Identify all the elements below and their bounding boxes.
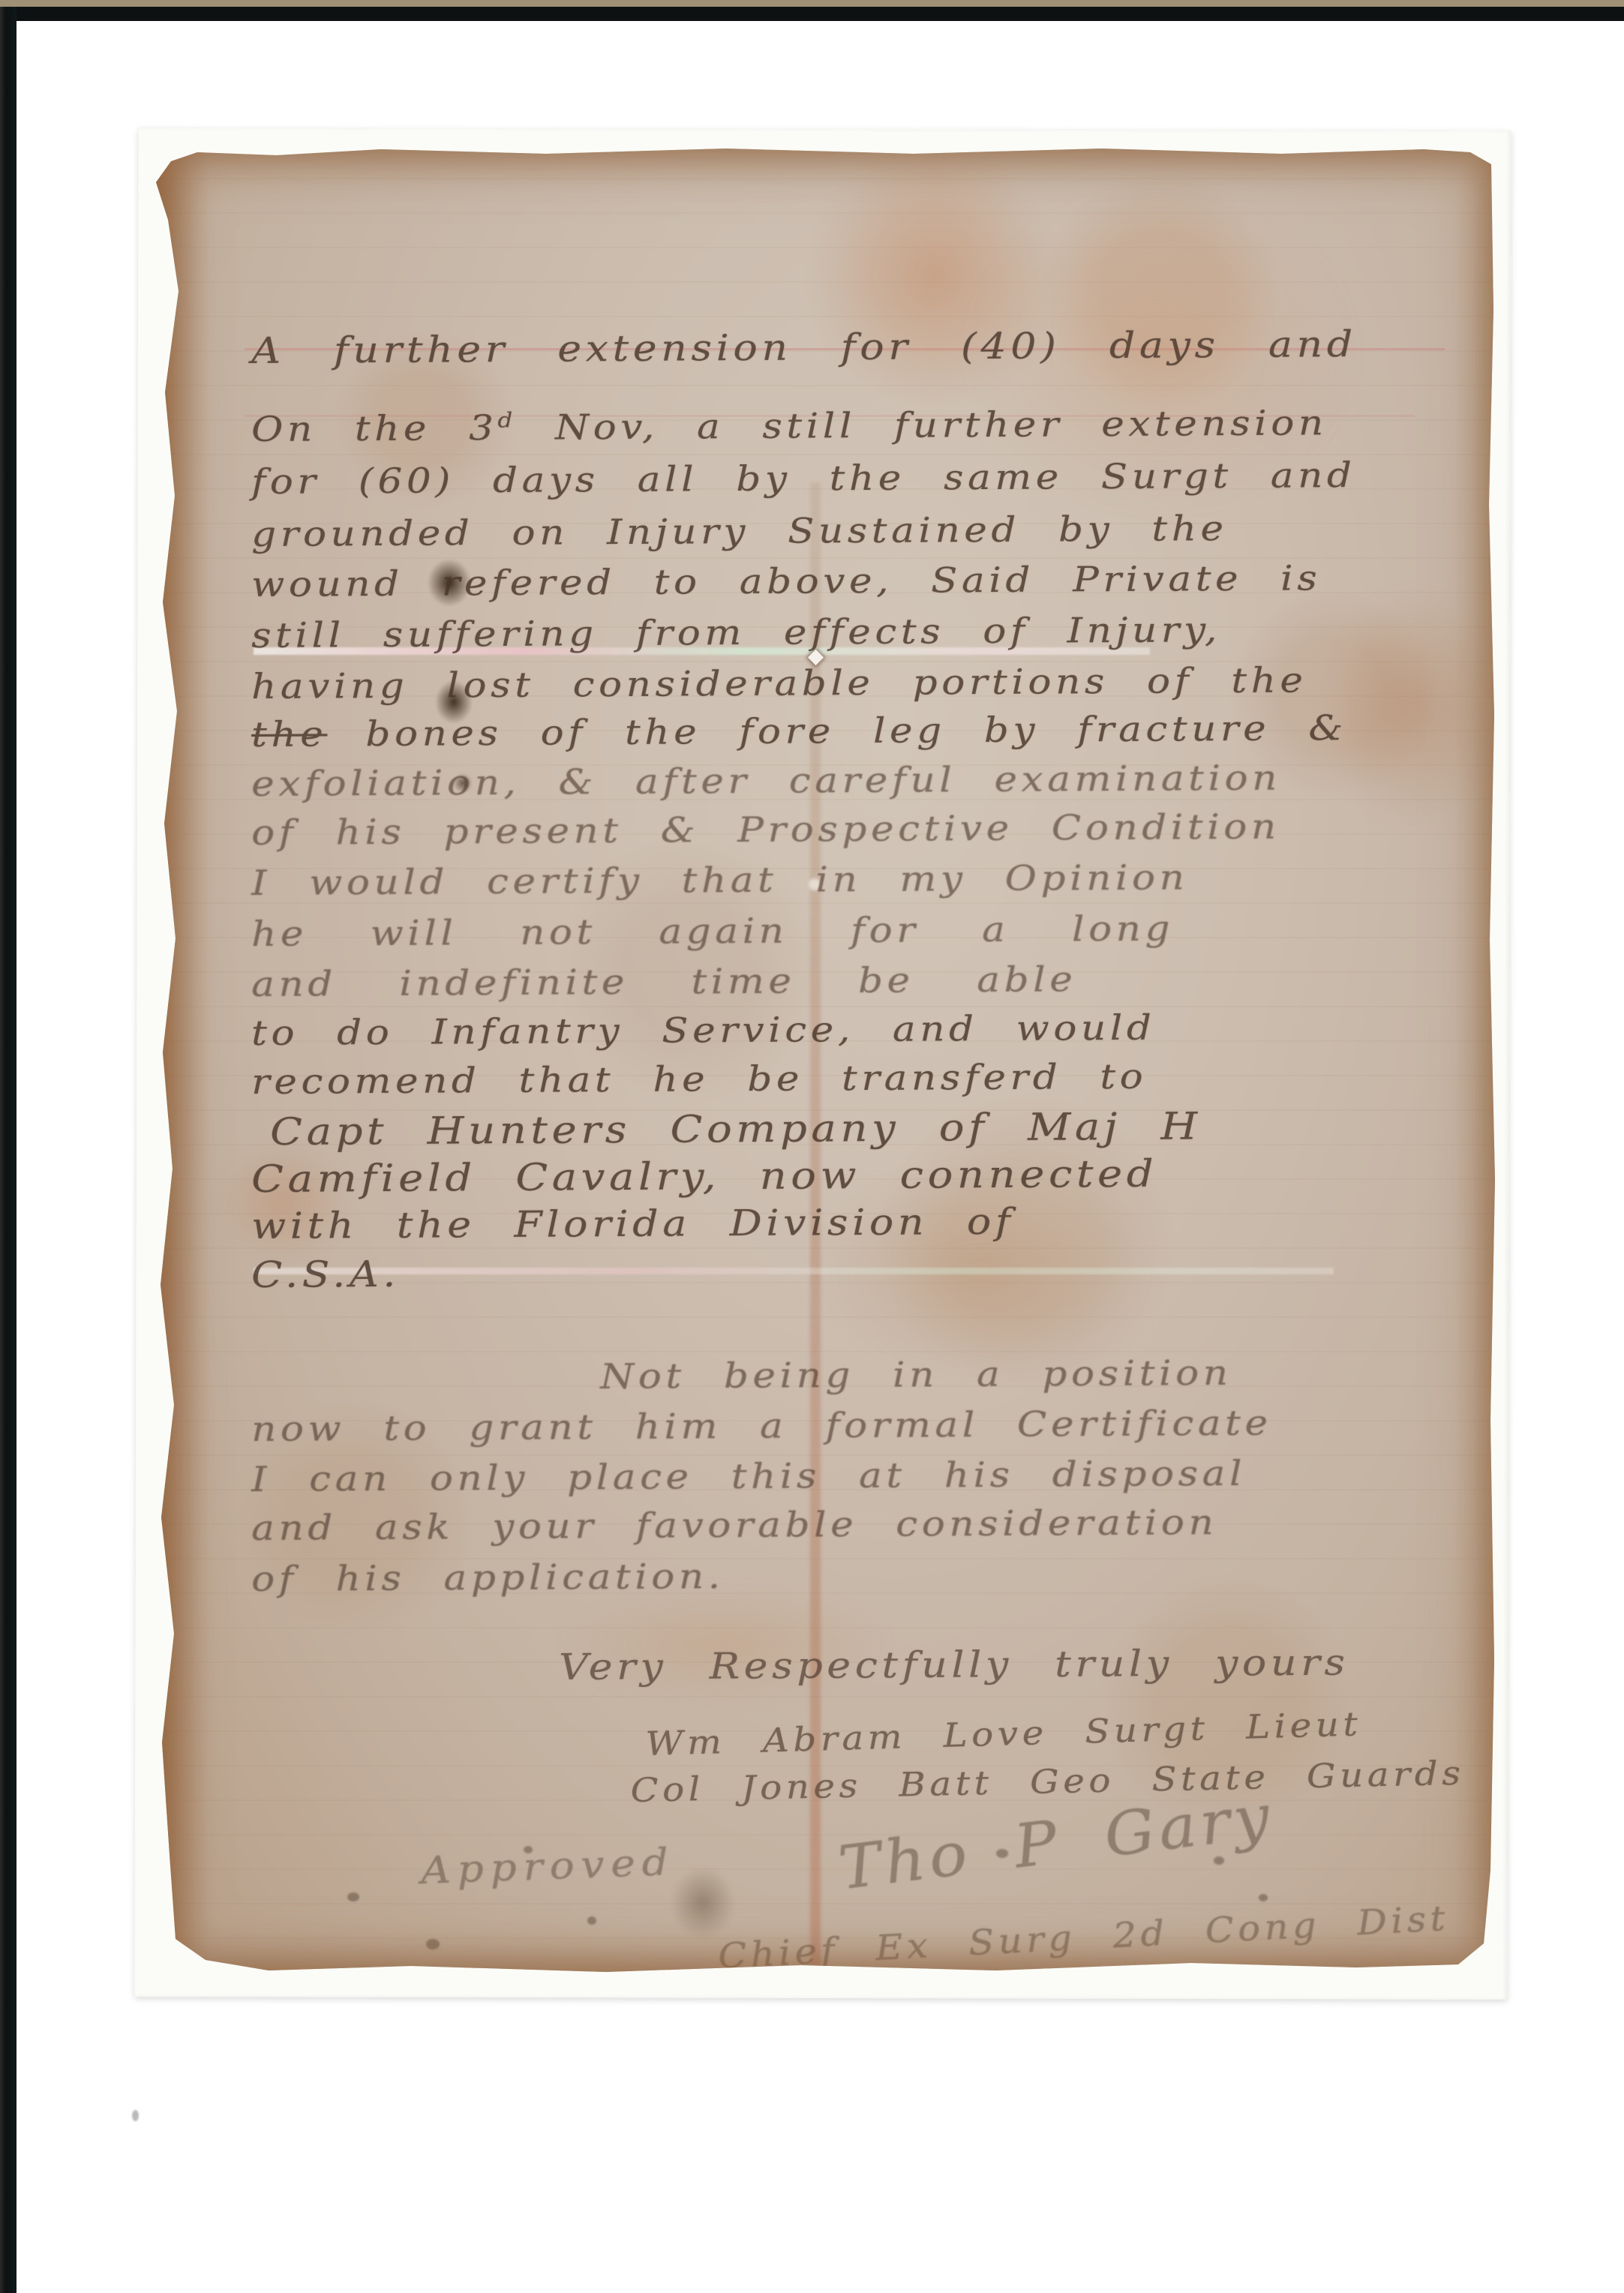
handwritten-line: of his present & Prospective Condition [251,806,1280,853]
speck [1214,1856,1224,1865]
scan-artifact [132,2110,139,2121]
handwritten-line: with the Florida Division of [251,1201,1015,1247]
scan-frame-top [0,7,1624,21]
handwritten-line: On the 3d Nov, a still further extension [251,402,1328,449]
speck [587,1916,596,1925]
speck [1259,1894,1268,1901]
line-text: On the 3 [251,407,498,449]
line-text: Nov, a still further extension [517,402,1328,448]
handwritten-line: grounded on Injury Sustained by the [251,508,1228,554]
handwritten-line: to do Infantry Service, and would [251,1007,1156,1053]
handwritten-line: Not being in a position [600,1352,1232,1397]
handwritten-line: wound refered to above, Said Private is [251,557,1322,605]
signature-line: Wm Abram Love Surgt Lieut [645,1705,1362,1763]
handwritten-line: and ask your favorable consideration [251,1502,1217,1548]
scanned-page: A further extension for (40) days and On… [0,0,1624,2293]
line-text: bones of the fore leg by fracture & [327,707,1347,754]
stain [1326,587,1499,827]
handwritten-line: for (60) days all by the same Surgt and [251,455,1356,502]
letter-paper: A further extension for (40) days and On… [156,145,1495,1975]
handwritten-line: I would certify that in my Opinion [251,857,1189,903]
handwritten-line: having lost considerable portions of the [251,659,1307,707]
handwritten-line: and indefinite time be able [251,959,1076,1004]
handwritten-line: of his application. [251,1556,725,1599]
superscript: d [497,408,517,433]
handwritten-line: Capt Hunters Company of Maj H [270,1104,1202,1154]
handwritten-line: still suffering from effects of Injury, [251,609,1221,656]
handwritten-line: he will not again for a long [251,908,1174,954]
struck-word: the [251,713,328,755]
handwritten-line: recomend that he be transferd to [251,1056,1147,1102]
handwritten-line: I can only place this at his disposal [251,1453,1246,1499]
signature-line: Col Jones Batt Geo State Guards [630,1754,1465,1810]
speck [426,1939,440,1949]
handwritten-line: C.S.A. [251,1253,400,1296]
smudge [671,1867,735,1939]
handwritten-line: now to grant him a formal Certificate [251,1403,1272,1449]
handwritten-line: Camfield Cavalry, now connected [251,1152,1157,1201]
closing-line: Very Respectfully truly yours [559,1642,1349,1688]
approval-title: Chief Ex Surg 2d Cong Dist [717,1898,1450,1976]
fold-crease-horizontal [254,1268,1334,1274]
handwritten-line: A further extension for (40) days and [251,323,1357,372]
handwritten-line: exfoliation, & after careful examination [251,758,1281,804]
speck [347,1892,359,1901]
scan-frame-left [0,7,17,2293]
approval-label: Approved [420,1840,676,1892]
handwritten-line: the bones of the fore leg by fracture & [251,707,1347,755]
